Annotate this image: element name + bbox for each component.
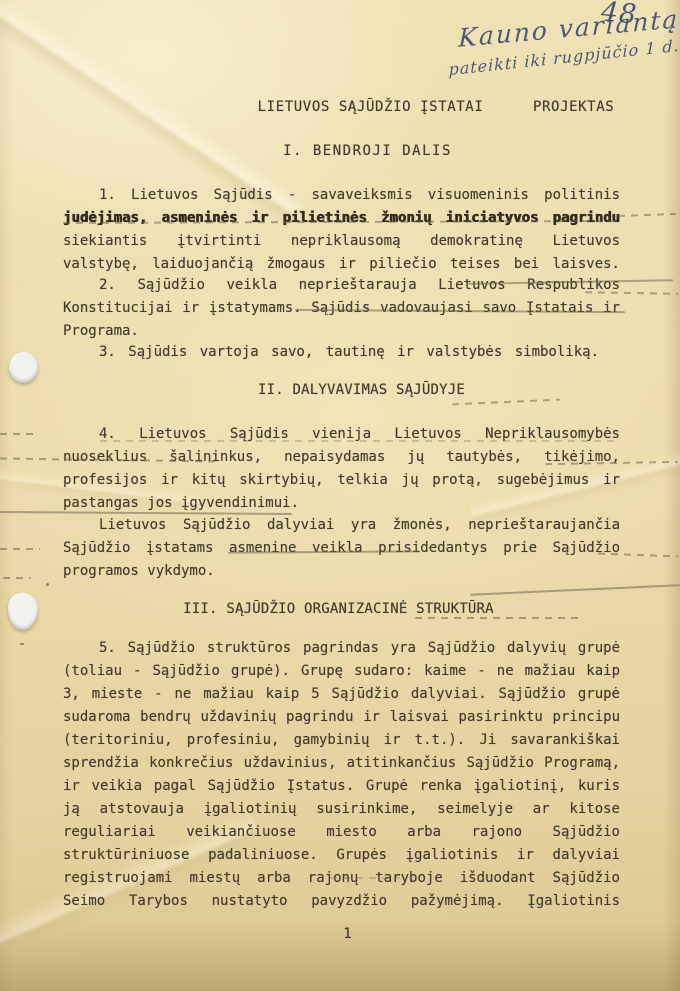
paragraph-3: 3. Sąjūdis vartoja savo, tautinę ir vals…	[63, 341, 620, 364]
text-line: (teritoriniu, profesiniu, gamybinių ir t…	[63, 729, 620, 752]
punch-hole	[9, 352, 38, 383]
draft-stamp: PROJEKTAS	[533, 96, 614, 119]
paper-speck	[46, 583, 49, 586]
text-line: Programa.	[63, 320, 620, 343]
pencil-underline	[100, 440, 620, 442]
text-line: Lietuvos Sąjūdžio dalyviai yra žmonės, n…	[63, 514, 620, 537]
text-line: profesijos ir kitų skirtybių, telkia jų …	[63, 469, 620, 492]
text-line: 5. Sąjūdžio struktūros pagrindas yra Sąj…	[63, 637, 620, 660]
paragraph-4: 4. Lietuvos Sąjūdis vienija Lietuvos Nep…	[63, 423, 620, 515]
text-line: siekiantis įtvirtinti nepriklausomą demo…	[63, 230, 620, 253]
paragraph-1: 1. Lietuvos Sąjūdis - savaveiksmis visuo…	[63, 184, 620, 276]
text-line: reguliariai veikiančiuose miesto arba ra…	[63, 821, 620, 844]
text-line: (toliau - Sąjūdžio grupė). Grupę sudaro:…	[63, 660, 620, 683]
text-line: sprendžia konkrečius uždavinius, atitink…	[63, 752, 620, 775]
text-line: struktūriniuose padaliniuose. Grupės įga…	[63, 844, 620, 867]
text-line: 1. Lietuvos Sąjūdis - savaveiksmis visuo…	[63, 184, 620, 207]
text-line: valstybę, laiduojančią žmogaus ir pilieč…	[63, 253, 620, 276]
pencil-dash	[0, 433, 34, 435]
punch-hole	[8, 593, 38, 630]
paragraph-6: 5. Sąjūdžio struktūros pagrindas yra Sąj…	[63, 637, 620, 913]
section-1-heading: I. BENDROJI DALIS	[89, 140, 646, 163]
text-line: Sąjūdžio įstatams asmenine veikla prisid…	[63, 537, 620, 560]
pencil-swoosh	[470, 584, 680, 595]
text-line: sudaroma bendrų uždavinių pagrindu ir la…	[63, 706, 620, 729]
scanned-document-page: 48 Kauno variantą pateikti iki rugpjūčio…	[0, 0, 680, 991]
pencil-dash	[330, 877, 400, 879]
pencil-dash	[618, 213, 676, 217]
text-line: 2. Sąjūdžio veikla neprieštarauja Lietuv…	[63, 274, 620, 297]
text-line: programos vykdymo.	[63, 560, 620, 583]
pencil-underline	[415, 617, 580, 619]
pencil-dash	[3, 577, 31, 579]
text-line: 4. Lietuvos Sąjūdis vienija Lietuvos Nep…	[63, 423, 620, 446]
text-line: ir veikia pagal Sąjūdžio Įstatus. Grupė …	[63, 775, 620, 798]
paragraph-5: Lietuvos Sąjūdžio dalyviai yra žmonės, n…	[63, 514, 620, 583]
page-number: 1	[69, 926, 626, 942]
pencil-dash	[0, 548, 40, 550]
text-line: nuoseklius šalininkus, nepaisydamas jų t…	[63, 446, 620, 469]
text-line: 3, mieste - ne mažiau kaip 5 Sąjūdžio da…	[63, 683, 620, 706]
text-line: 3. Sąjūdis vartoja savo, tautinę ir vals…	[63, 341, 620, 364]
text-line: ją atstovauja įgaliotinių susirinkime, s…	[63, 798, 620, 821]
paper-speck	[20, 643, 24, 645]
text-line: Seimo Tarybos nustatyto pavyzdžio pažymė…	[63, 890, 620, 913]
text-line-bold: judėjimas, asmeninės ir pilietinės žmoni…	[63, 207, 620, 230]
